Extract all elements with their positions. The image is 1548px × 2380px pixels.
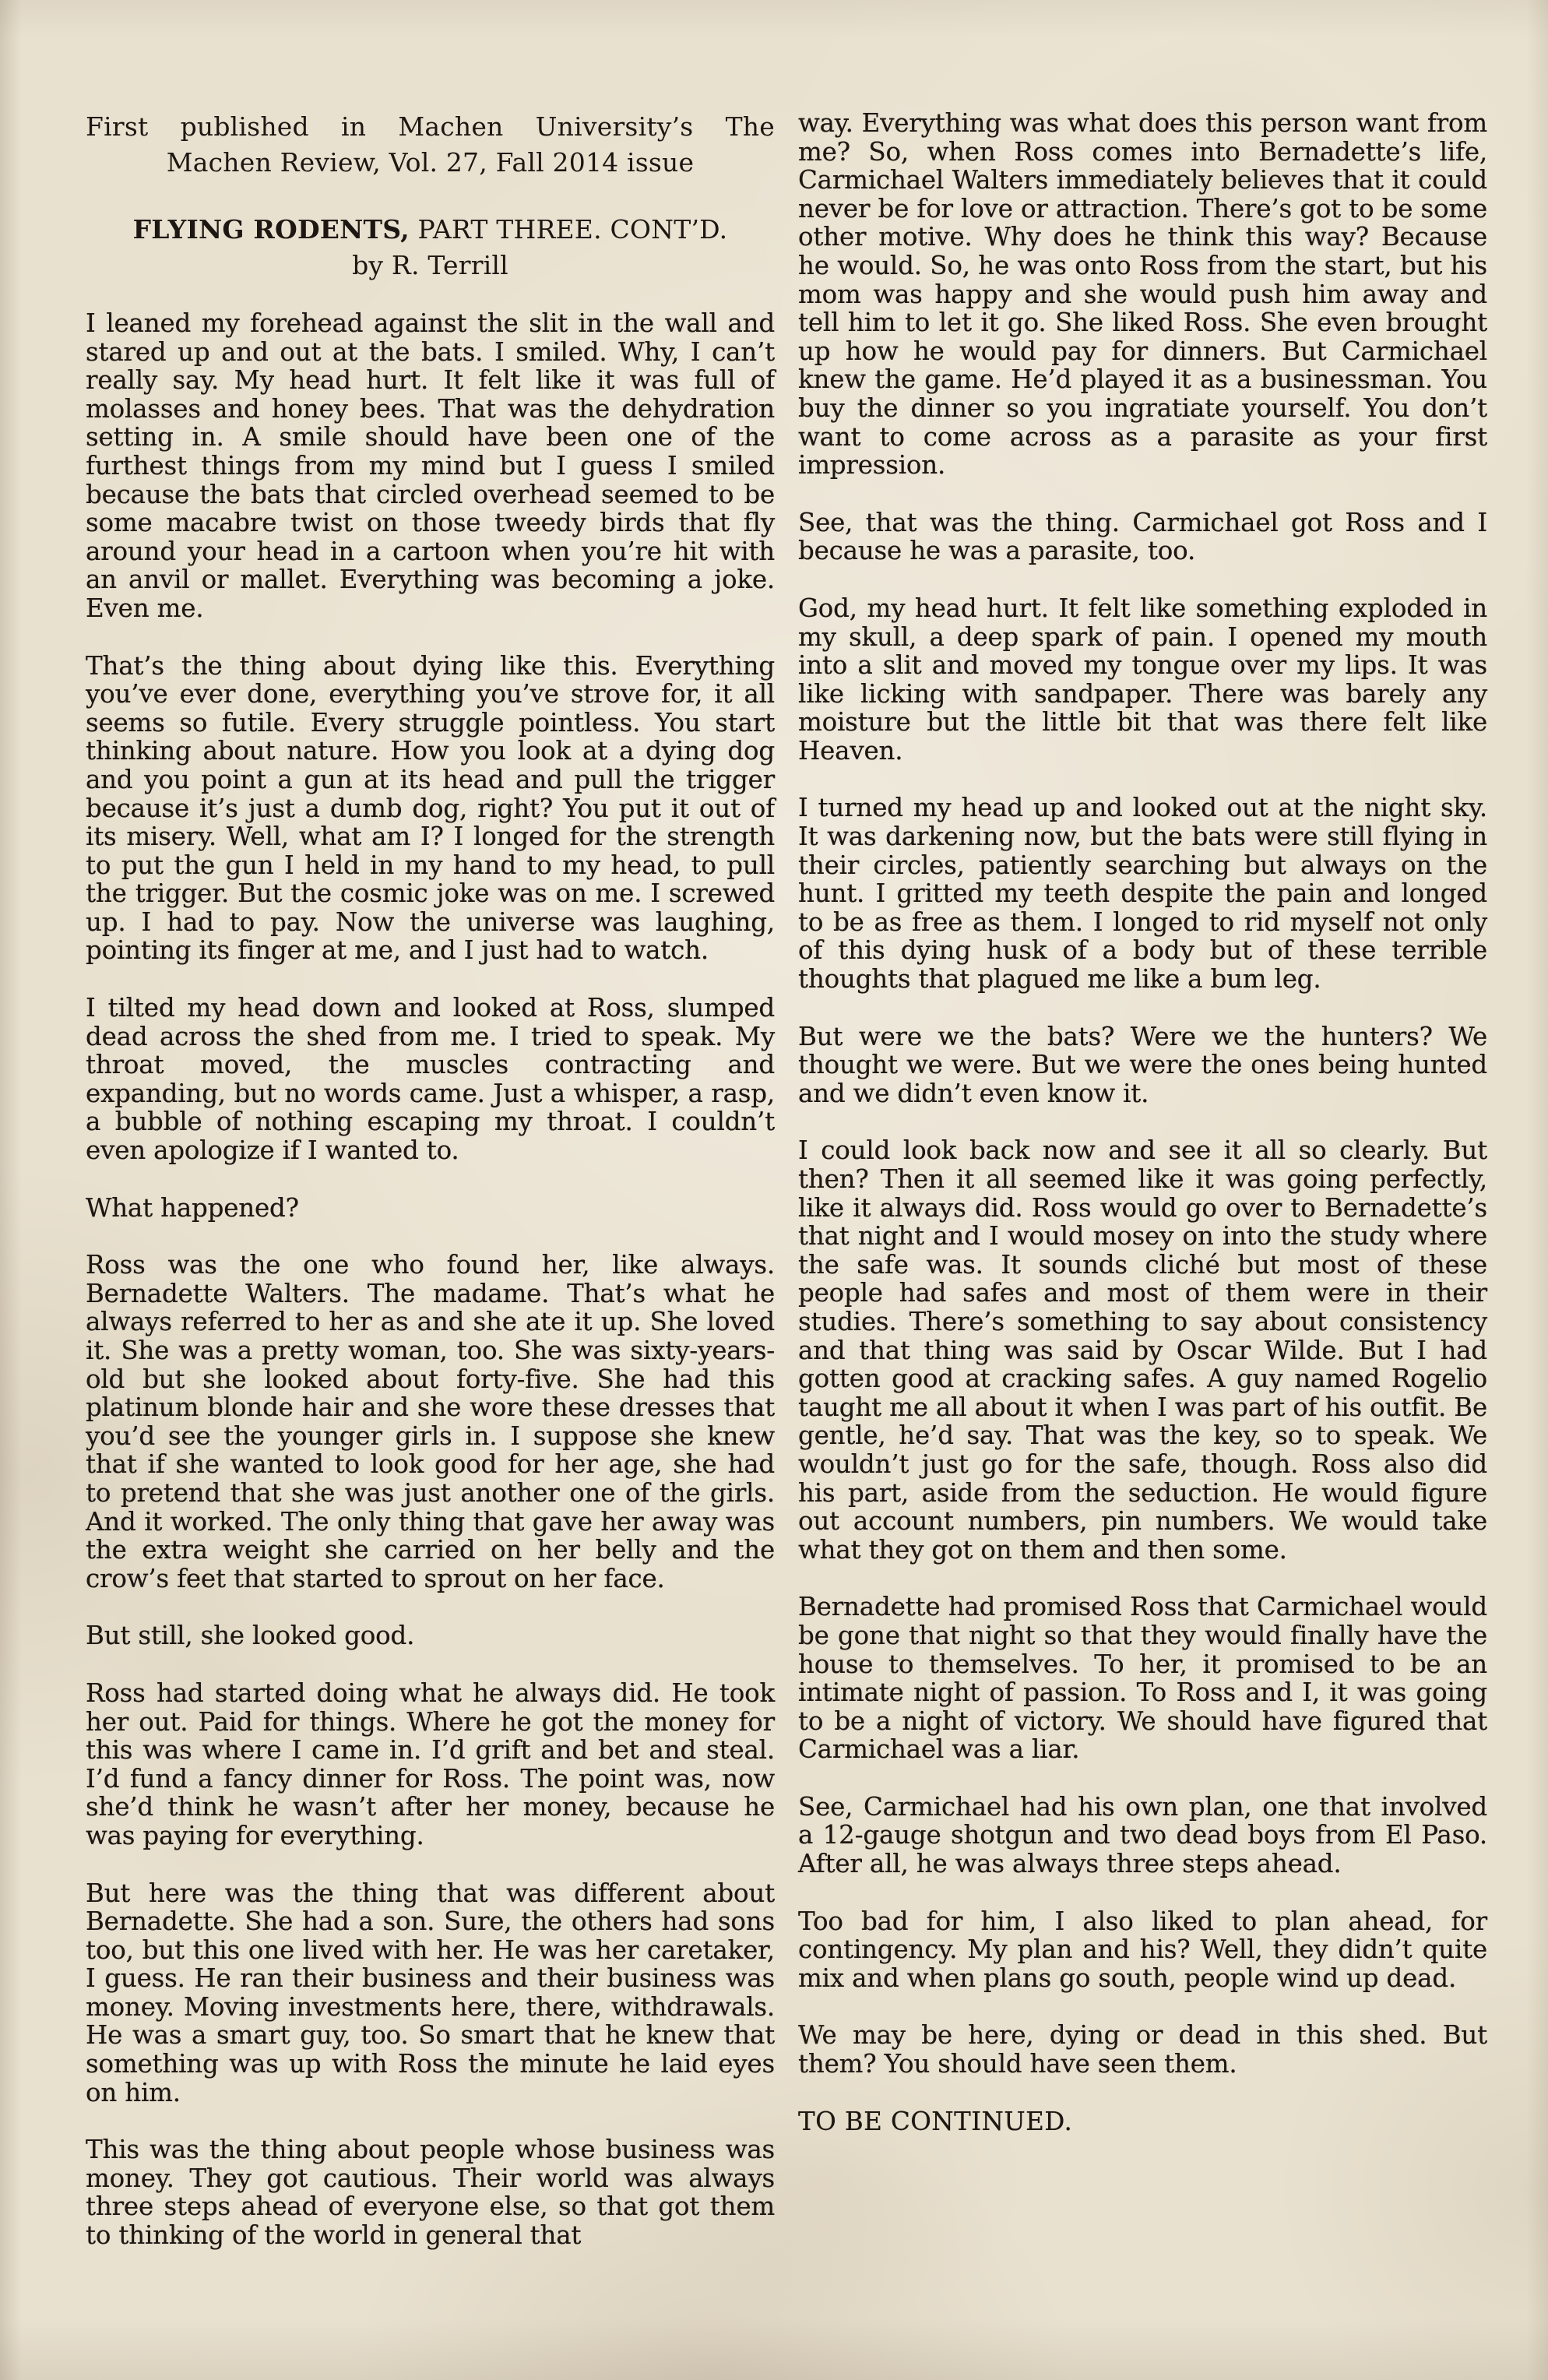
story-paragraph: This was the thing about people whose bu… bbox=[86, 2135, 775, 2249]
publication-note-line2: Machen Review, Vol. 27, Fall 2014 issue bbox=[86, 145, 775, 181]
magazine-story-page: First published in Machen University’s T… bbox=[0, 0, 1548, 2380]
story-paragraph: Ross was the one who found her, like alw… bbox=[86, 1251, 775, 1593]
story-title-series: FLYING RODENTS, bbox=[133, 214, 410, 245]
story-paragraph: But were we the bats? Were we the hunter… bbox=[798, 1023, 1487, 1108]
story-paragraph: See, Carmichael had his own plan, one th… bbox=[798, 1793, 1487, 1878]
left-column: First published in Machen University’s T… bbox=[86, 109, 775, 2250]
story-paragraph: See, that was the thing. Carmichael got … bbox=[798, 509, 1487, 565]
story-paragraph: I turned my head up and looked out at th… bbox=[798, 794, 1487, 993]
byline: by R. Terrill bbox=[86, 248, 775, 283]
text-columns: First published in Machen University’s T… bbox=[86, 109, 1487, 2250]
story-paragraph: That’s the thing about dying like this. … bbox=[86, 652, 775, 966]
right-column: way. Everything was what does this perso… bbox=[798, 109, 1487, 2250]
story-paragraph: way. Everything was what does this perso… bbox=[798, 109, 1487, 480]
story-paragraph: Bernadette had promised Ross that Carmic… bbox=[798, 1593, 1487, 1764]
story-paragraph: But still, she looked good. bbox=[86, 1621, 775, 1650]
publication-header: First published in Machen University’s T… bbox=[86, 109, 775, 181]
story-title: FLYING RODENTS, PART THREE. CONT’D. bbox=[86, 212, 775, 248]
story-title-part: PART THREE. CONT’D. bbox=[410, 214, 728, 245]
story-paragraph: I could look back now and see it all so … bbox=[798, 1136, 1487, 1564]
story-paragraph: Too bad for him, I also liked to plan ah… bbox=[798, 1907, 1487, 1993]
story-paragraph: But here was the thing that was differen… bbox=[86, 1879, 775, 2107]
story-paragraph: Ross had started doing what he always di… bbox=[86, 1679, 775, 1850]
story-paragraph: What happened? bbox=[86, 1194, 775, 1223]
story-paragraph: We may be here, dying or dead in this sh… bbox=[798, 2021, 1487, 2078]
publication-note-line1: First published in Machen University’s T… bbox=[86, 109, 775, 145]
to-be-continued: TO BE CONTINUED. bbox=[798, 2107, 1487, 2136]
story-paragraph: I leaned my forehead against the slit in… bbox=[86, 309, 775, 623]
story-paragraph: God, my head hurt. It felt like somethin… bbox=[798, 594, 1487, 766]
story-paragraph: I tilted my head down and looked at Ross… bbox=[86, 994, 775, 1165]
